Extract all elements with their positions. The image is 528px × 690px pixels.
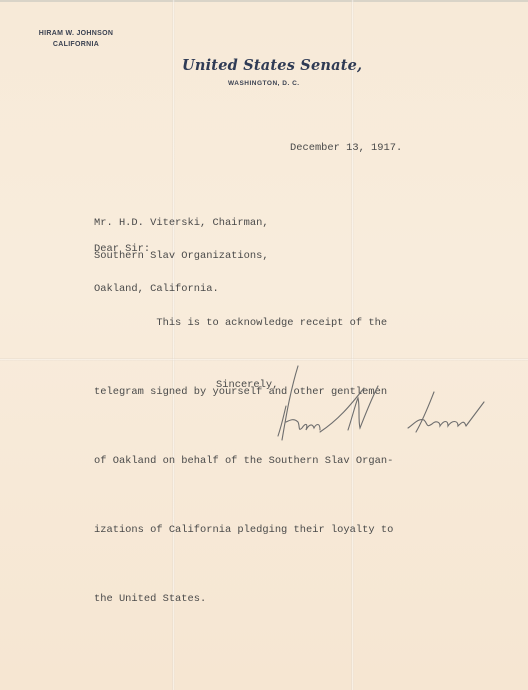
letterhead-location: WASHINGTON, D. C. bbox=[228, 80, 300, 87]
body-line: izations of California pledging their lo… bbox=[94, 519, 393, 542]
letter-body: This is to acknowledge receipt of the te… bbox=[94, 266, 393, 657]
sender-name: HIRAM W. JOHNSON bbox=[28, 28, 124, 39]
recipient-line: Mr. H.D. Viterski, Chairman, bbox=[94, 218, 269, 229]
salutation: Dear Sir: bbox=[94, 244, 150, 255]
letter-date: December 13, 1917. bbox=[290, 143, 402, 154]
body-line: of Oakland on behalf of the Southern Sla… bbox=[94, 450, 393, 473]
sender-state: CALIFORNIA bbox=[28, 39, 124, 50]
body-line: the United States. bbox=[94, 588, 393, 611]
letterhead-institution: United States Senate, bbox=[182, 57, 362, 74]
letterhead-sender: HIRAM W. JOHNSON CALIFORNIA bbox=[28, 28, 124, 50]
body-line: This is to acknowledge receipt of the bbox=[94, 312, 393, 335]
signature-icon bbox=[268, 362, 488, 452]
paper-top-edge bbox=[0, 0, 528, 2]
letter-page: HIRAM W. JOHNSON CALIFORNIA United State… bbox=[0, 0, 528, 690]
